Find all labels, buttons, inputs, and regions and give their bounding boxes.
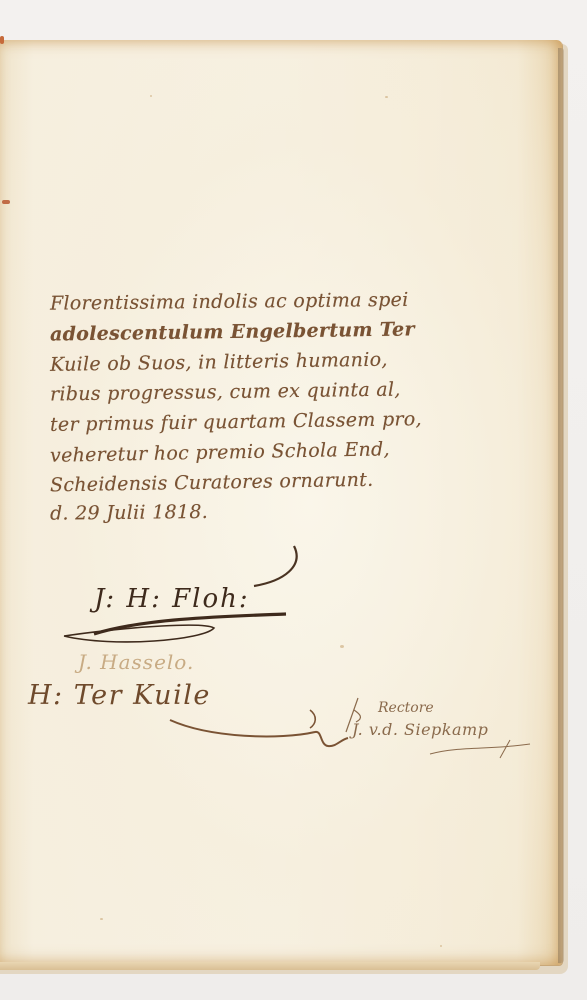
page-edge — [558, 48, 564, 963]
signature-hasselo: J. Hasselo. — [78, 650, 194, 674]
paper-speck — [385, 96, 388, 98]
bottom-leaf-edge — [0, 962, 540, 970]
paper-speck — [440, 945, 442, 947]
photo-stage: Florentissima indolis ac optima spei ado… — [0, 0, 587, 1000]
inscription-text: Florentissima indolis ac optima spei ado… — [50, 286, 550, 526]
rector-underline-flourish-icon — [420, 736, 540, 760]
paper-speck — [100, 918, 103, 920]
ter-kuile-flourish-icon — [150, 690, 350, 750]
paper-speck — [150, 95, 152, 97]
binding-mark-top — [0, 36, 4, 44]
binding-mark-mid — [2, 200, 10, 204]
inscription-date: d. 29 Julii 1818. — [50, 493, 550, 528]
signature-floh: J: H: Floh: — [94, 584, 250, 614]
rector-label: Rectore — [378, 700, 434, 716]
paper-speck — [340, 645, 344, 648]
